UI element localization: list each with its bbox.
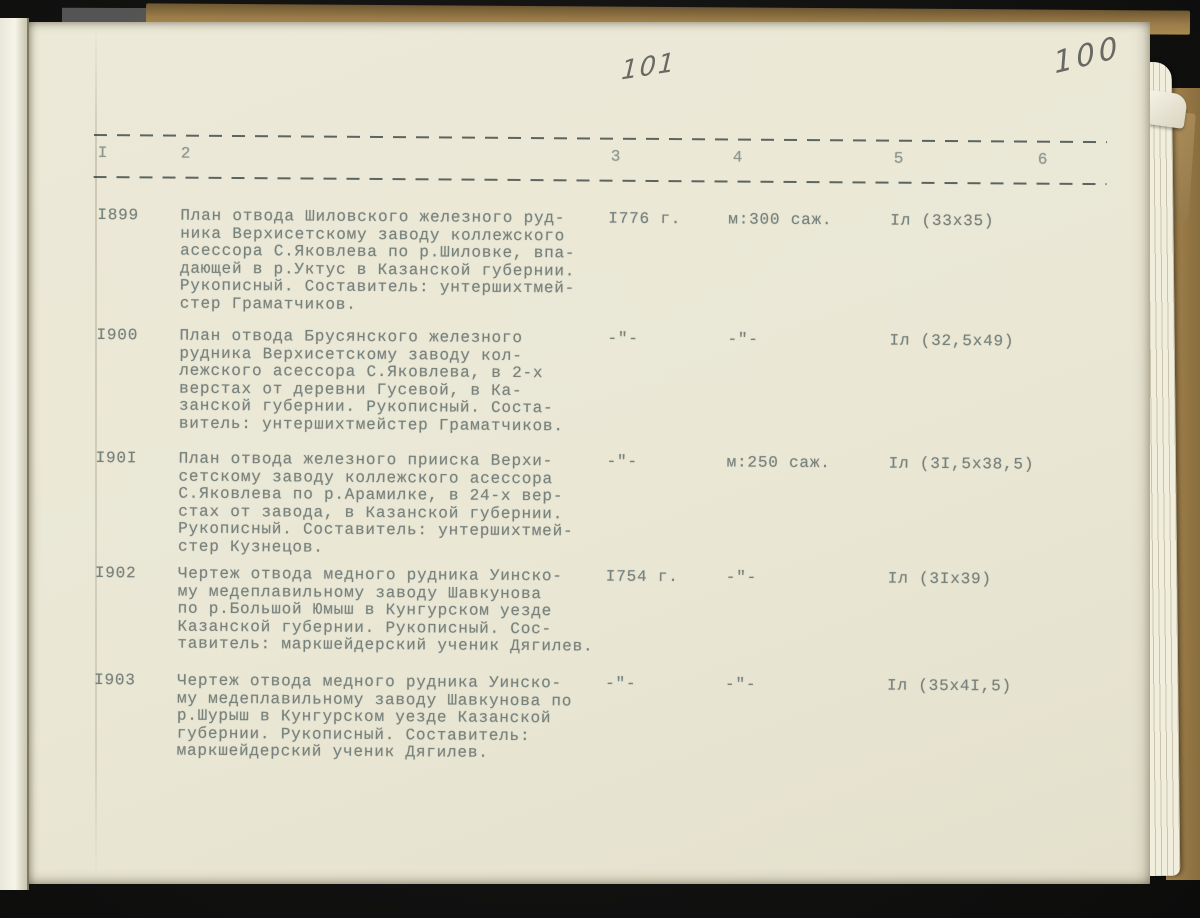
column-header-3: 3 [611,149,622,167]
entry-number: I90I [96,450,138,468]
entry-description: План отвода железного прииска Верхи- сет… [178,451,574,559]
entry-size: Iл (33х35) [890,213,994,231]
photo-background: 101 100 I 2 3 4 5 6 I899 План отвода Шил… [0,0,1200,918]
column-header-4: 4 [733,149,744,167]
entry-row-1901: I90I План отвода железного прииска Верхи… [27,450,1148,458]
entry-description: Чертеж отвода медного рудника Уинско- му… [177,673,573,763]
entry-description: План отвода Брусянского железного рудник… [179,328,565,436]
entry-date: -"- [607,454,638,472]
catalog-page: 101 100 I 2 3 4 5 6 I899 План отвода Шил… [29,22,1150,884]
entry-number: I900 [96,327,138,345]
entry-description: Чертеж отвода медного рудника Уинско- му… [177,566,594,656]
entry-size: Iл (3Iх39) [888,571,992,589]
entry-description: План отвода Шиловского железного руд- ни… [180,208,576,316]
typed-content: I 2 3 4 5 6 I899 План отвода Шиловского … [24,22,1151,892]
entry-number: I902 [95,565,137,583]
header-divider-top [94,134,1107,143]
entry-date: -"- [607,331,638,349]
entry-scale: -"- [725,676,756,694]
entry-number: I903 [94,672,136,690]
entry-size: Iл (35х4I,5) [887,678,1012,696]
entry-size: Iл (3I,5х38,5) [889,456,1035,475]
column-header-2: 2 [181,146,192,164]
entry-date: I776 г. [608,211,681,229]
column-header-6: 6 [1038,152,1049,170]
entry-scale: -"- [727,331,758,349]
entry-date: -"- [605,676,636,694]
entry-row-1899: I899 План отвода Шиловского железного ру… [28,207,1149,215]
column-header-1: I [98,145,109,163]
entry-size: Iл (32,5х49) [889,333,1014,351]
entry-row-1900: I900 План отвода Брусянского железного р… [28,327,1149,335]
column-header-5: 5 [894,151,905,169]
entry-scale: -"- [726,569,757,587]
entry-row-1902: I902 Чертеж отвода медного рудника Уинск… [26,565,1147,573]
entry-scale: м:300 саж. [728,211,832,229]
entry-number: I899 [97,207,139,225]
entry-row-1903: I903 Чертеж отвода медного рудника Уинск… [25,672,1146,680]
header-divider-bottom [94,176,1107,185]
entry-date: I754 г. [606,569,679,587]
entry-scale: м:250 саж. [727,454,831,472]
